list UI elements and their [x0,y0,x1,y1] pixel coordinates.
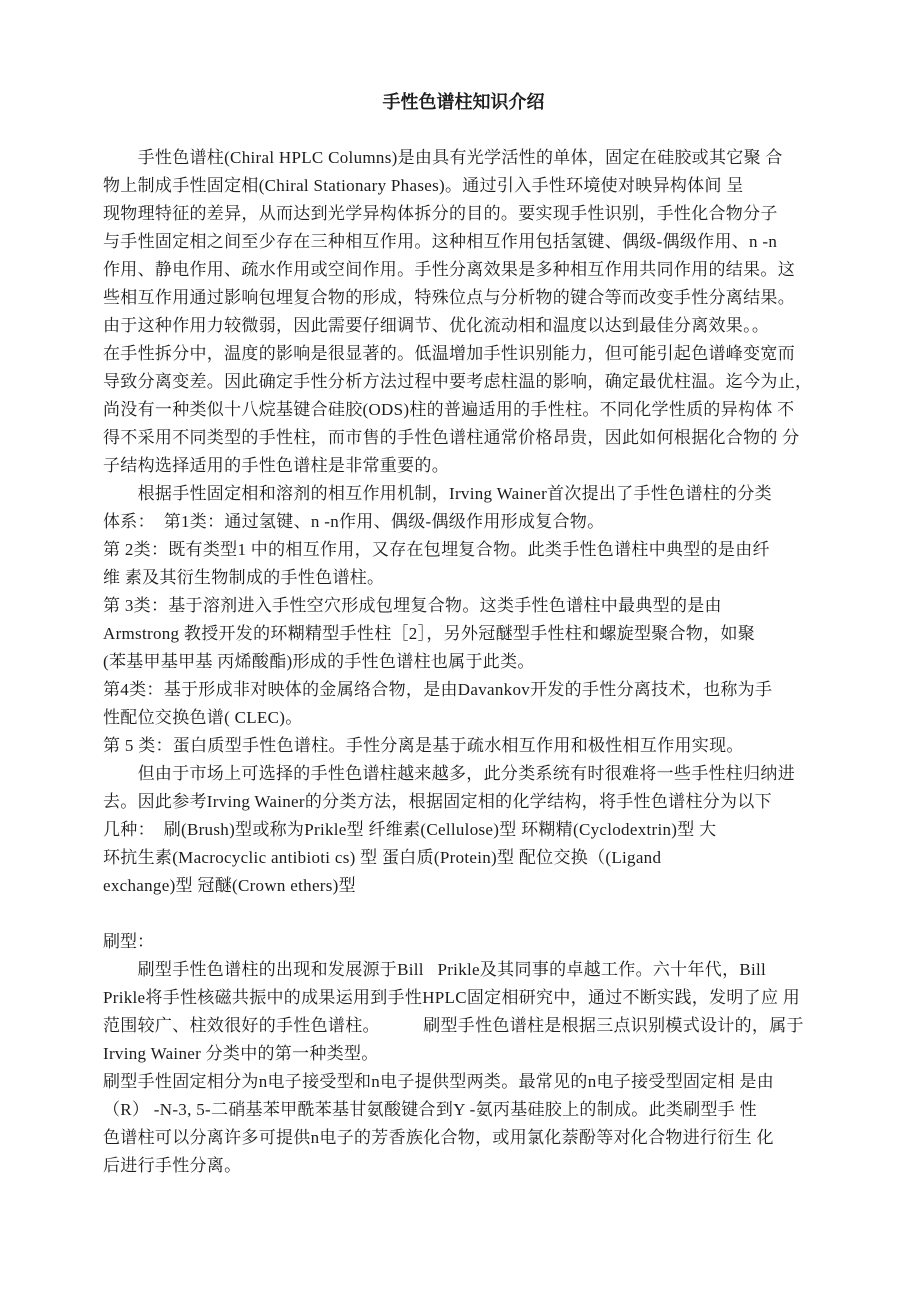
text-line: 体系： 第1类：通过氢键、n -n作用、偶级-偶级作用形成复合物。 [103,508,824,536]
text-line: 子结构选择适用的手性色谱柱是非常重要的。 [103,452,824,480]
text-line: 几种： 刷(Brush)型或称为Prikle型 纤维素(Cellulose)型 … [103,816,824,844]
text-line: 第 5 类：蛋白质型手性色谱柱。手性分离是基于疏水相互作用和极性相互作用实现。 [103,732,824,760]
text-line: 第 2类：既有类型1 中的相互作用，又存在包埋复合物。此类手性色谱柱中典型的是由… [103,536,824,564]
text-line: (苯基甲基甲基 丙烯酸酯)形成的手性色谱柱也属于此类。 [103,648,824,676]
text-line: 在手性拆分中，温度的影响是很显著的。低温增加手性识别能力，但可能引起色谱峰变宽而 [103,340,824,368]
text-line: 得不采用不同类型的手性柱，而市售的手性色谱柱通常价格昂贵，因此如何根据化合物的 … [103,424,824,452]
section-heading-brush-type: 刷型： [103,928,824,956]
document-title: 手性色谱柱知识介绍 [103,88,824,116]
text-line: 第 3类：基于溶剂进入手性空穴形成包埋复合物。这类手性色谱柱中最典型的是由 [103,592,824,620]
text-line: 作用、静电作用、疏水作用或空间作用。手性分离效果是多种相互作用共同作用的结果。这 [103,256,824,284]
blank-line [103,900,824,928]
text-line: 第4类：基于形成非对映体的金属络合物，是由Davankov开发的手性分离技术，也… [103,676,824,704]
text-line: 后进行手性分离。 [103,1152,824,1180]
text-line: Prikle将手性核磁共振中的成果运用到手性HPLC固定相研究中，通过不断实践，… [103,984,824,1012]
text-line: 维 素及其衍生物制成的手性色谱柱。 [103,564,824,592]
text-line: 刷型手性色谱柱的出现和发展源于Bill Prikle及其同事的卓越工作。六十年代… [103,956,824,984]
blank-line [103,116,824,144]
text-line: exchange)型 冠醚(Crown ethers)型 [103,872,824,900]
text-line: 但由于市场上可选择的手性色谱柱越来越多，此分类系统有时很难将一些手性柱归纳进 [103,760,824,788]
text-line: 范围较广、柱效很好的手性色谱柱。 刷型手性色谱柱是根据三点识别模式设计的，属于 [103,1012,824,1040]
text-line: 现物理特征的差异，从而达到光学异构体拆分的目的。要实现手性识别，手性化合物分子 [103,200,824,228]
text-line: 些相互作用通过影响包埋复合物的形成，特殊位点与分析物的键合等而改变手性分离结果。 [103,284,824,312]
text-line: 性配位交换色谱( CLEC)。 [103,704,824,732]
document-content: 手性色谱柱知识介绍 手性色谱柱(Chiral HPLC Columns)是由具有… [0,0,920,1180]
text-line: （R） -N-3, 5-二硝基苯甲酰苯基甘氨酸键合到Y -氨丙基硅胶上的制成。此… [103,1096,824,1124]
text-line: 色谱柱可以分离许多可提供n电子的芳香族化合物，或用氯化萘酚等对化合物进行衍生 化 [103,1124,824,1152]
text-line: 去。因此参考Irving Wainer的分类方法，根据固定相的化学结构，将手性色… [103,788,824,816]
text-line: Armstrong 教授开发的环糊精型手性柱［2］，另外冠醚型手性柱和螺旋型聚合… [103,620,824,648]
text-line: Irving Wainer 分类中的第一种类型。 [103,1040,824,1068]
text-line: 刷型手性固定相分为n电子接受型和n电子提供型两类。最常见的n电子接受型固定相 是… [103,1068,824,1096]
text-line: 由于这种作用力较微弱，因此需要仔细调节、优化流动相和温度以达到最佳分离效果。。 [103,312,824,340]
text-line: 环抗生素(Macrocyclic antibioti cs) 型 蛋白质(Pro… [103,844,824,872]
text-line: 根据手性固定相和溶剂的相互作用机制，Irving Wainer首次提出了手性色谱… [103,480,824,508]
text-line: 与手性固定相之间至少存在三种相互作用。这种相互作用包括氢键、偶级-偶级作用、n … [103,228,824,256]
text-line: 导致分离变差。因此确定手性分析方法过程中要考虑柱温的影响，确定最优柱温。迄今为止… [103,368,824,396]
text-line: 手性色谱柱(Chiral HPLC Columns)是由具有光学活性的单体，固定… [103,144,824,172]
text-line: 尚没有一种类似十八烷基键合硅胶(ODS)柱的普遍适用的手性柱。不同化学性质的异构… [103,396,824,424]
text-line: 物上制成手性固定相(Chiral Stationary Phases)。通过引入… [103,172,824,200]
document-page: 手性色谱柱知识介绍 手性色谱柱(Chiral HPLC Columns)是由具有… [0,0,920,1302]
